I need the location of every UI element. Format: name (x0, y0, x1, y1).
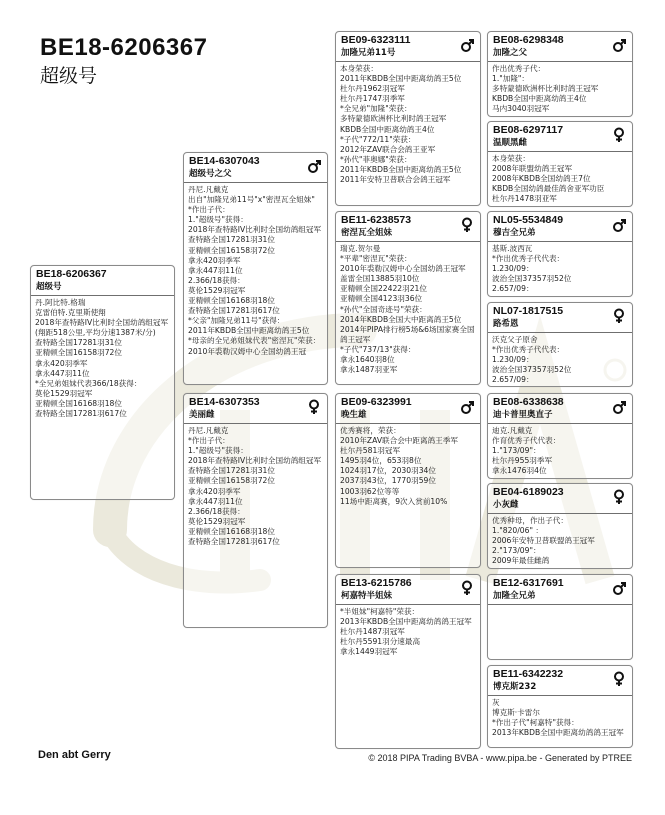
ring-number: BE11-6342232 (493, 668, 627, 681)
pigeon-name: 密涅瓦全姐妹 (341, 227, 475, 239)
male-icon (612, 580, 626, 596)
achievement-line: *作出子代： (188, 436, 323, 446)
achievement-line: 2012年ZAV联合会鸽王亚军 (340, 145, 476, 155)
achievement-line: 查特路全国17281羽31位 (188, 235, 323, 245)
card-sire-dam[interactable]: BE11-6238573 密涅瓦全姐妹 瑞克.贺尔曼*平辈"密涅瓦"荣获：201… (335, 211, 481, 385)
achievement-line: 拿永447羽11位 (188, 497, 323, 507)
card-header: BE12-6317691 加隆全兄弟 (488, 575, 632, 605)
achievement-line: KBDB全国幼鸽最佳鸽舍亚军功臣 (492, 184, 628, 194)
ring-number: BE09-6323991 (341, 396, 475, 409)
ring-number: NL05-5534849 (493, 214, 627, 227)
card-body: 优秀赛将，荣获：2010年ZAV联合会中距离鸽王季军杜尔丹581羽冠军1495羽… (336, 424, 480, 509)
pigeon-name: 柯嘉特半姐妹 (341, 590, 475, 602)
card-header: BE09-6323991 晚生雄 (336, 394, 480, 424)
achievement-line: 2014年PIPA排行榜5场&6场国家赛全国鸽王冠军 (340, 325, 476, 345)
achievement-line: 1."173/09"： (492, 446, 628, 456)
achievement-line: 拿永1640羽8位 (340, 355, 476, 365)
achievement-line: 作育优秀子代代表： (492, 436, 628, 446)
achievement-line: 2011年安特卫普联合会鸽王冠军 (340, 175, 476, 185)
title-ring-number: BE18-6206367 (40, 34, 207, 62)
achievement-line: 亚精顿全国16168羽18位 (188, 296, 323, 306)
achievement-line: 本身荣获： (340, 64, 476, 74)
ring-number: BE13-6215786 (341, 577, 475, 590)
achievement-line: 2008年KBDB全国幼鸽王7位 (492, 174, 628, 184)
ring-number: BE14-6307043 (189, 155, 322, 168)
achievement-line: *平辈"密涅瓦"荣获： (340, 254, 476, 264)
card-header: NL07-1817515 路希恩 (488, 303, 632, 333)
achievement-line: 1."超级号"获得： (188, 215, 323, 225)
card-sire-sire[interactable]: BE09-6323111 加隆兄弟11号 本身荣获：2011年KBDB全国中距离… (335, 31, 481, 206)
card-ggp-6[interactable]: BE04-6189023 小灰雌 优秀种母，作出子代：1."820/06" ：2… (487, 483, 633, 569)
achievement-line: 莫伦1529羽冠军 (35, 389, 170, 399)
achievement-line: 多特蒙德欧洲杯比利时鸽王冠军 (492, 84, 628, 94)
achievement-line: (翔距518公里,平均分速1387米/分) (35, 328, 170, 338)
male-icon (612, 37, 626, 53)
card-header: BE14-6307353 美丽雌 (184, 394, 327, 424)
achievement-line: 2011年KBDB全国中距离幼鸽王5位 (188, 326, 323, 336)
achievement-line: *父亲"加隆兄弟11号"获得： (188, 316, 323, 326)
pigeon-name: 博克斯232 (493, 681, 627, 693)
achievement-line: *作出优秀子代代表： (492, 254, 628, 264)
achievement-line: *母亲的全兄弟姐妹代表"密涅瓦"荣获： (188, 336, 323, 346)
achievement-line: 拿永1487羽亚军 (340, 365, 476, 375)
card-body: 本身荣获：2011年KBDB全国中距离幼鸽王5位杜尔丹1962羽冠军杜尔丹174… (336, 62, 480, 187)
achievement-line: 2011年KBDB全国中距离幼鸽王5位 (340, 74, 476, 84)
achievement-line: 2.366/18获得： (188, 276, 323, 286)
achievement-line: 1.230/09： (492, 355, 628, 365)
card-dam[interactable]: BE14-6307353 美丽雌 丹尼.凡戴克*作出子代：1."超级号"获得：2… (183, 393, 328, 628)
achievement-line: 优秀赛将，荣获： (340, 426, 476, 436)
achievement-line: 2010年裘勒汉姆中心全国幼鸽王冠 (188, 347, 323, 357)
achievement-line: 2.657/09： (492, 284, 628, 294)
ring-number: BE04-6189023 (493, 486, 627, 499)
achievement-line: 2018年查特路IV比利时全国幼鸽组冠军 (188, 456, 323, 466)
achievement-line: 拿永447羽11位 (188, 266, 323, 276)
achievement-line: 亚精顿全国22422羽21位 (340, 284, 476, 294)
achievement-line: 1."超级号"获得： (188, 446, 323, 456)
pedigree-title: BE18-6206367 超级号 (40, 34, 207, 88)
achievement-line: 2013年KBDB全国中距离幼鸽鸽王冠军 (492, 728, 628, 738)
male-icon (460, 399, 474, 415)
achievement-line: *半姐妹"柯嘉特"荣获： (340, 607, 476, 617)
achievement-line: 亚精顿全国16168羽18位 (35, 399, 170, 409)
card-header: BE09-6323111 加隆兄弟11号 (336, 32, 480, 62)
pigeon-name: 小灰雌 (493, 499, 627, 511)
pigeon-name: 路希恩 (493, 318, 627, 330)
achievement-line: 拿永1449羽冠军 (340, 647, 476, 657)
achievement-line: 2.657/09： (492, 375, 628, 385)
card-ggp-3[interactable]: NL05-5534849 穆吉全兄弟 基斯.波西瓦*作出优秀子代代表：1.230… (487, 211, 633, 297)
ring-number: BE08-6297117 (493, 124, 627, 137)
achievement-line: 2018年查特路IV比利时全国幼鸽组冠军 (35, 318, 170, 328)
achievement-line: 拿永1476羽4位 (492, 466, 628, 476)
card-ggp-5[interactable]: BE08-6338638 迪卡普里奥直子 迪克.凡戴克作育优秀子代代表：1."1… (487, 393, 633, 479)
card-body: 灰博克斯·卡雷尔*作出子代"柯嘉特"获得：2013年KBDB全国中距离幼鸽鸽王冠… (488, 696, 632, 740)
achievement-line: 拿永420羽季军 (35, 359, 170, 369)
card-body: 丹.阿比特.格瑞克雷伯特.克里斯使翔2018年查特路IV比利时全国幼鸽组冠军(翔… (31, 296, 174, 421)
achievement-line: 2018年查特路IV比利时全国幼鸽组冠军 (188, 225, 323, 235)
achievement-line: 基斯.波西瓦 (492, 244, 628, 254)
card-dam-sire[interactable]: BE09-6323991 晚生雄 优秀赛将，荣获：2010年ZAV联合会中距离鸽… (335, 393, 481, 568)
card-header: BE11-6238573 密涅瓦全姐妹 (336, 212, 480, 242)
card-dam-dam[interactable]: BE13-6215786 柯嘉特半姐妹 *半姐妹"柯嘉特"荣获：2013年KBD… (335, 574, 481, 749)
pigeon-name: 加隆之父 (493, 47, 627, 59)
pigeon-name: 超级号之父 (189, 168, 322, 180)
achievement-line: 杜尔丹1487羽冠军 (340, 627, 476, 637)
female-icon (460, 217, 474, 233)
card-subject[interactable]: BE18-6206367 超级号 丹.阿比特.格瑞克雷伯特.克里斯使翔2018年… (30, 265, 175, 500)
ring-number: BE18-6206367 (36, 268, 169, 281)
achievement-line: 2.366/18获得： (188, 507, 323, 517)
ring-number: BE08-6338638 (493, 396, 627, 409)
ring-number: BE09-6323111 (341, 34, 475, 47)
card-header: BE08-6338638 迪卡普里奥直子 (488, 394, 632, 424)
achievement-line: KBDB全国中距离幼鸽王4位 (340, 125, 476, 135)
achievement-line: 亚精顿全国4123羽36位 (340, 294, 476, 304)
achievement-line: 克雷伯特.克里斯使翔 (35, 308, 170, 318)
achievement-line: *全兄弟"加隆"荣获： (340, 104, 476, 114)
achievement-line: 波治全国37357羽52位 (492, 365, 628, 375)
achievement-line: 2014年KBDB全国大中距离鸽王5位 (340, 315, 476, 325)
achievement-line: 2008年联盟幼鸽王冠军 (492, 164, 628, 174)
female-icon (612, 671, 626, 687)
card-header: NL05-5534849 穆吉全兄弟 (488, 212, 632, 242)
achievement-line: 2010年裘勒汉姆中心全国幼鸽王冠军 (340, 264, 476, 274)
achievement-line: 丹尼.凡戴克 (188, 426, 323, 436)
male-icon (612, 217, 626, 233)
achievement-line: 本身荣获： (492, 154, 628, 164)
achievement-line: 1."加隆"： (492, 74, 628, 84)
card-body: 基斯.波西瓦*作出优秀子代代表：1.230/09：波治全国37357羽52位2.… (488, 242, 632, 296)
achievement-line: 丹.阿比特.格瑞 (35, 298, 170, 308)
achievement-line: 杜尔丹581羽冠军 (340, 446, 476, 456)
female-icon (460, 580, 474, 596)
achievement-line: 瑞克.贺尔曼 (340, 244, 476, 254)
card-body: 迪克.凡戴克作育优秀子代代表：1."173/09"：杜尔丹955羽季军拿永147… (488, 424, 632, 478)
achievement-line: *作出子代： (188, 205, 323, 215)
achievement-line: 亚精顿全国16158羽72位 (188, 246, 323, 256)
achievement-line: 亚精顿全国16158羽72位 (35, 348, 170, 358)
achievement-line: 盖雷全国13885羽10位 (340, 274, 476, 284)
owner-name: Den abt Gerry (38, 749, 111, 761)
copyright-text: © 2018 PIPA Trading BVBA - www.pipa.be -… (368, 753, 632, 763)
achievement-line: 亚精顿全国16168羽18位 (188, 527, 323, 537)
achievement-line: 出自"加隆兄弟11号"x"密涅瓦全姐妹" (188, 195, 323, 205)
card-ggp-2[interactable]: BE08-6297117 温顺黑雌 本身荣获：2008年联盟幼鸽王冠军2008年… (487, 121, 633, 207)
card-body: 瑞克.贺尔曼*平辈"密涅瓦"荣获：2010年裘勒汉姆中心全国幼鸽王冠军盖雷全国1… (336, 242, 480, 377)
achievement-line: 2009年最佳雌鸽 (492, 556, 628, 566)
achievement-line: 马内3040羽冠军 (492, 104, 628, 114)
card-body: 丹尼.凡戴克*作出子代：1."超级号"获得：2018年查特路IV比利时全国幼鸽组… (184, 424, 327, 549)
ring-number: BE11-6238573 (341, 214, 475, 227)
card-header: BE04-6189023 小灰雌 (488, 484, 632, 514)
ring-number: BE14-6307353 (189, 396, 322, 409)
female-icon (307, 399, 321, 415)
male-icon (612, 399, 626, 415)
card-ggp-1[interactable]: BE08-6298348 加隆之父 作出优秀子代：1."加隆"：多特蒙德欧洲杯比… (487, 31, 633, 117)
pigeon-name: 迪卡普里奥直子 (493, 409, 627, 421)
achievement-line: 2010年ZAV联合会中距离鸽王季军 (340, 436, 476, 446)
card-ggp-8[interactable]: BE11-6342232 博克斯232 灰博克斯·卡雷尔*作出子代"柯嘉特"获得… (487, 665, 633, 748)
achievement-line: 亚精顿全国16158羽72位 (188, 476, 323, 486)
achievement-line: 杜尔丹955羽季军 (492, 456, 628, 466)
achievement-line: *孙代"菲奥娜"荣获： (340, 155, 476, 165)
pigeon-name: 晚生雄 (341, 409, 475, 421)
achievement-line: 迪克.凡戴克 (492, 426, 628, 436)
female-icon (612, 127, 626, 143)
pigeon-name: 加隆兄弟11号 (341, 47, 475, 59)
card-header: BE08-6297117 温顺黑雌 (488, 122, 632, 152)
achievement-line: KBDB全国中距离幼鸽王4位 (492, 94, 628, 104)
card-header: BE14-6307043 超级号之父 (184, 153, 327, 183)
achievement-line: 2037羽43位，1770羽59位 (340, 476, 476, 486)
achievement-line: 2011年KBDB全国中距离幼鸽王5位 (340, 165, 476, 175)
achievement-line: 2006年安特卫普联盟鸽王冠军 (492, 536, 628, 546)
pigeon-name: 温顺黑雌 (493, 137, 627, 149)
achievement-line: 查特路全国17281羽31位 (188, 466, 323, 476)
achievement-line: 2."173/09"： (492, 546, 628, 556)
achievement-line: *作出优秀子代代表： (492, 345, 628, 355)
ring-number: BE08-6298348 (493, 34, 627, 47)
card-body: 丹尼.凡戴克出自"加隆兄弟11号"x"密涅瓦全姐妹"*作出子代：1."超级号"获… (184, 183, 327, 359)
achievement-line: 杜尔丹5591羽分速最高 (340, 637, 476, 647)
achievement-line: *子代"772/11"荣获： (340, 135, 476, 145)
achievement-line: 查特路全国17281羽617位 (188, 537, 323, 547)
achievement-line: 2013年KBDB全国中距离幼鸽鸽王冠军 (340, 617, 476, 627)
achievement-line: 沃克父子原舍 (492, 335, 628, 345)
card-body: 沃克父子原舍*作出优秀子代代表：1.230/09：波治全国37357羽52位2.… (488, 333, 632, 387)
card-header: BE08-6298348 加隆之父 (488, 32, 632, 62)
achievement-line: 拿永447羽11位 (35, 369, 170, 379)
achievement-line: 杜尔丹1478羽亚军 (492, 194, 628, 204)
card-body: 优秀种母，作出子代：1."820/06" ：2006年安特卫普联盟鸽王冠军2."… (488, 514, 632, 568)
achievement-line: 波治全国37357羽52位 (492, 274, 628, 284)
achievement-line: 1.230/09： (492, 264, 628, 274)
achievement-line: 查特路全国17281羽617位 (35, 409, 170, 419)
achievement-line: 拿永420羽季军 (188, 256, 323, 266)
card-body (488, 605, 632, 609)
achievement-line: 查特路全国17281羽617位 (188, 306, 323, 316)
ring-number: NL07-1817515 (493, 305, 627, 318)
card-body: 本身荣获：2008年联盟幼鸽王冠军2008年KBDB全国幼鸽王7位KBDB全国幼… (488, 152, 632, 206)
card-ggp-4[interactable]: NL07-1817515 路希恩 沃克父子原舍*作出优秀子代代表：1.230/0… (487, 302, 633, 387)
achievement-line: 杜尔丹1962羽冠军 (340, 84, 476, 94)
achievement-line: *作出子代"柯嘉特"获得： (492, 718, 628, 728)
achievement-line: 杜尔丹1747羽季军 (340, 94, 476, 104)
ring-number: BE12-6317691 (493, 577, 627, 590)
card-ggp-7[interactable]: BE12-6317691 加隆全兄弟 (487, 574, 633, 660)
achievement-line: 作出优秀子代： (492, 64, 628, 74)
achievement-line: *全兄弟姐妹代表366/18获得： (35, 379, 170, 389)
achievement-line: 1024羽17位，2030羽34位 (340, 466, 476, 476)
achievement-line: 1."820/06" ： (492, 526, 628, 536)
card-header: BE11-6342232 博克斯232 (488, 666, 632, 696)
card-header: BE18-6206367 超级号 (31, 266, 174, 296)
male-icon (460, 37, 474, 53)
female-icon (612, 489, 626, 505)
achievement-line: 丹尼.凡戴克 (188, 185, 323, 195)
card-header: BE13-6215786 柯嘉特半姐妹 (336, 575, 480, 605)
achievement-line: 1495羽4位，653羽8位 (340, 456, 476, 466)
achievement-line: 莫伦1529羽冠军 (188, 517, 323, 527)
card-body: *半姐妹"柯嘉特"荣获：2013年KBDB全国中距离幼鸽鸽王冠军杜尔丹1487羽… (336, 605, 480, 659)
achievement-line: 查特路全国17281羽31位 (35, 338, 170, 348)
achievement-line: 1003羽62位等等 (340, 487, 476, 497)
achievement-line: 博克斯·卡雷尔 (492, 708, 628, 718)
achievement-line: 莫伦1529羽冠军 (188, 286, 323, 296)
female-icon (612, 308, 626, 324)
pigeon-name: 美丽雌 (189, 409, 322, 421)
title-pigeon-name: 超级号 (40, 64, 207, 88)
achievement-line: 优秀种母，作出子代： (492, 516, 628, 526)
male-icon (307, 158, 321, 174)
card-sire[interactable]: BE14-6307043 超级号之父 丹尼.凡戴克出自"加隆兄弟11号"x"密涅… (183, 152, 328, 385)
pigeon-name: 穆吉全兄弟 (493, 227, 627, 239)
card-body: 作出优秀子代：1."加隆"：多特蒙德欧洲杯比利时鸽王冠军KBDB全国中距离幼鸽王… (488, 62, 632, 116)
achievement-line: *子代"737/13"获得： (340, 345, 476, 355)
pigeon-name: 加隆全兄弟 (493, 590, 627, 602)
pigeon-name: 超级号 (36, 281, 169, 293)
achievement-line: 11场中距离赛，9次入赏前10% (340, 497, 476, 507)
achievement-line: *孙代"全国奇迹号"荣获： (340, 305, 476, 315)
achievement-line: 多特蒙德欧洲杯比利时鸽王冠军 (340, 114, 476, 124)
achievement-line: 拿永420羽季军 (188, 487, 323, 497)
achievement-line: 灰 (492, 698, 628, 708)
